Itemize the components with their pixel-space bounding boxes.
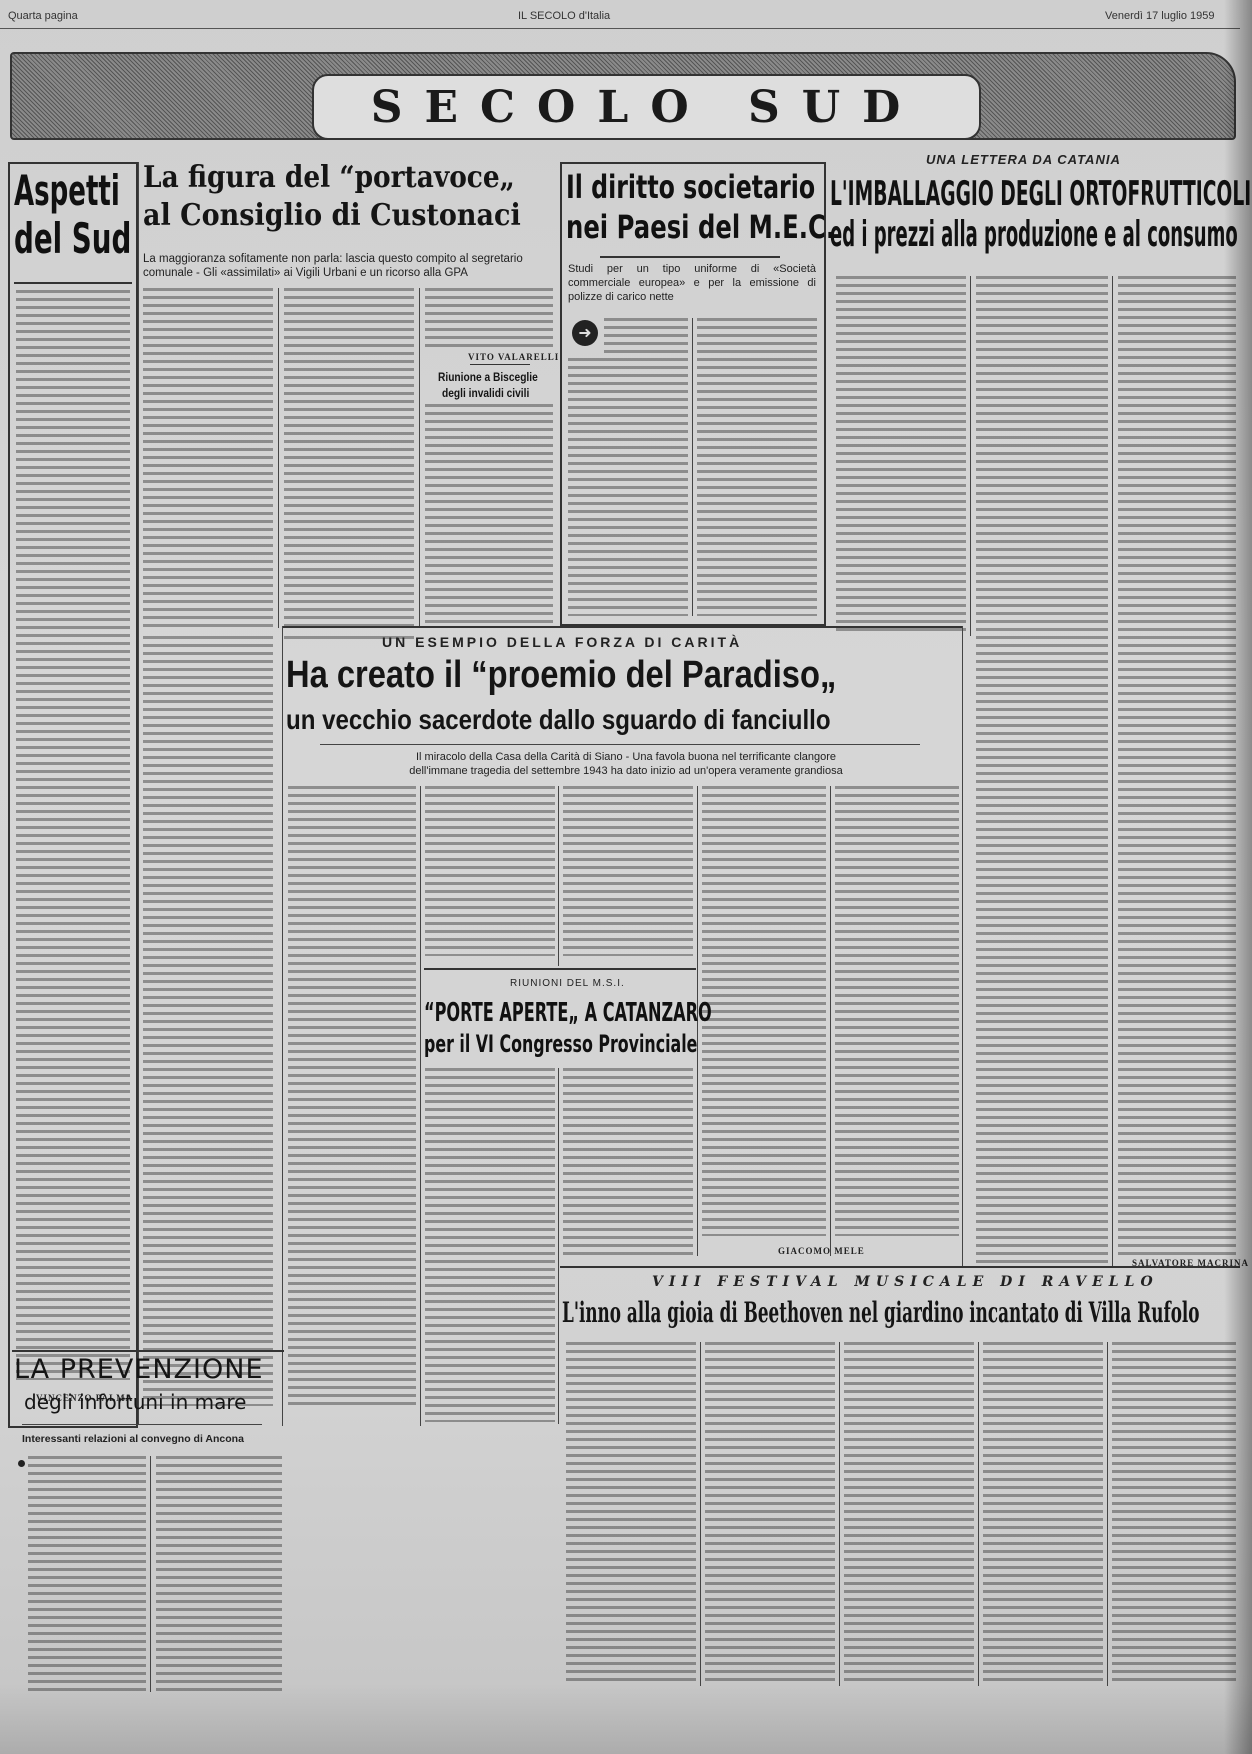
prevenzione-title-line1: LA PREVENZIONE (14, 1354, 264, 1385)
portavoce-title-line2: al Consiglio di Custonaci (143, 198, 521, 233)
mec-body-col1 (568, 358, 688, 616)
catanzaro-body-col2 (563, 1068, 693, 1258)
aspetti-title-line2: del Sud (14, 214, 131, 263)
divider (320, 744, 920, 745)
column-rule (278, 288, 279, 628)
aspetti-body (16, 290, 130, 1380)
newspaper-page: Quarta pagina IL SECOLO d'Italia Venerdì… (0, 0, 1252, 1754)
catanzaro-kicker: RIUNIONI DEL M.S.I. (510, 978, 625, 989)
column-rule (558, 1068, 559, 1424)
portavoce-body-col3 (425, 288, 553, 348)
mec-title-line2: nei Paesi del M.E.C. (566, 208, 835, 246)
column-rule (282, 626, 283, 1426)
paradiso-title-line1: Ha creato il “proemio del Paradiso„ (286, 654, 836, 697)
mec-body-col1-top (604, 318, 688, 356)
portavoce-body-col1 (143, 288, 273, 628)
paradiso-body-col3 (563, 786, 693, 956)
page-bottom-shadow (0, 1684, 1252, 1754)
paradiso-body-col1 (288, 786, 416, 1406)
column-rule (839, 1342, 840, 1686)
paradiso-deck-line1: Il miracolo della Casa della Carità di S… (316, 750, 936, 764)
prevenzione-title-line2: degli infortuni in mare (24, 1390, 246, 1414)
bisceglie-title-line1: Riunione a Bisceglie (438, 370, 538, 384)
paradiso-top-rule (282, 626, 962, 628)
bisceglie-body (425, 404, 553, 628)
folio-rule (0, 28, 1240, 29)
ravello-body-col3 (844, 1342, 974, 1686)
divider (470, 364, 530, 365)
ravello-body-col5 (1112, 1342, 1236, 1686)
mec-title-line1: Il diritto societario (566, 168, 815, 206)
paradiso-body-col2 (425, 786, 555, 956)
mec-deck: Studi per un tipo uniforme di «Società c… (568, 262, 816, 304)
ortofrutticoli-body-col2 (976, 276, 1108, 1266)
paradiso-byline: GIACOMO MELE (778, 1246, 865, 1256)
portavoce-body-col1-cont (143, 636, 273, 1406)
paradiso-kicker: UN ESEMPIO DELLA FORZA DI CARITÀ (382, 634, 742, 650)
paradiso-deck-line2: dell'immane tragedia del settembre 1943 … (316, 764, 936, 778)
column-rule (830, 786, 831, 1256)
ortofrutticoli-kicker: UNA LETTERA DA CATANIA (926, 152, 1121, 167)
ravello-title: L'inno alla gioia di Beethoven nel giard… (562, 1296, 1199, 1329)
paradiso-body-col5 (835, 786, 959, 1236)
arrow-right-icon: ➜ (572, 320, 598, 346)
column-rule (558, 786, 559, 966)
column-rule (420, 786, 421, 1426)
folio-page-label: Quarta pagina (8, 10, 78, 22)
column-rule (700, 1342, 701, 1686)
ravello-top-rule (560, 1266, 1240, 1268)
paradiso-title-line2: un vecchio sacerdote dallo sguardo di fa… (286, 704, 831, 736)
masthead-title: SECOLO SUD (312, 74, 981, 140)
ravello-body-col4 (983, 1342, 1103, 1686)
column-rule (419, 288, 420, 628)
aspetti-title-line1: Aspetti (14, 166, 120, 215)
divider (600, 256, 780, 258)
ortofrutticoli-title-line1: L'IMBALLAGGIO DEGLI ORTOFRUTTICOLI (830, 174, 1251, 214)
column-rule (978, 1342, 979, 1686)
ravello-body-col1 (566, 1342, 696, 1686)
catanzaro-body-col1 (425, 1068, 555, 1422)
bullet-icon (18, 1460, 25, 1467)
column-rule (1112, 276, 1113, 1266)
column-rule (692, 318, 693, 616)
portavoce-deck: La maggioranza sofitamente non parla: la… (143, 252, 553, 280)
ravello-kicker: VIII FESTIVAL MUSICALE DI RAVELLO (652, 1274, 1159, 1290)
folio-paper-name: IL SECOLO d'Italia (518, 10, 610, 22)
portavoce-byline: VITO VALARELLI (468, 352, 559, 362)
catanzaro-title-line1: “PORTE APERTE„ A CATANZARO (424, 998, 712, 1028)
folio-date: Venerdì 17 luglio 1959 (1105, 10, 1214, 22)
column-rule (1107, 1342, 1108, 1686)
page-edge-shadow (1224, 0, 1252, 1754)
prevenzione-deck: Interessanti relazioni al convegno di An… (22, 1432, 244, 1446)
portavoce-title-line1: La figura del “portavoce„ (143, 160, 515, 195)
catanzaro-top-rule (424, 968, 696, 970)
paradiso-body-col4 (702, 786, 826, 1236)
prevenzione-top-rule (12, 1350, 284, 1352)
divider (22, 1424, 262, 1425)
ravello-body-col2 (705, 1342, 835, 1686)
aspetti-rule (14, 282, 132, 284)
ortofrutticoli-body-col3 (1118, 276, 1236, 1256)
column-rule (138, 162, 139, 1424)
mec-body-col2 (697, 318, 817, 616)
column-rule (150, 1456, 151, 1692)
column-rule (962, 626, 963, 1266)
ortofrutticoli-title-line2: ed i prezzi alla produzione e al consumo (830, 214, 1238, 255)
catanzaro-title-line2: per il VI Congresso Provinciale (424, 1030, 697, 1058)
prevenzione-body-col1 (28, 1456, 146, 1692)
ortofrutticoli-body-col1 (836, 276, 966, 636)
section-masthead: SECOLO SUD (10, 52, 1236, 140)
prevenzione-body-col2 (156, 1456, 282, 1692)
portavoce-body-col2 (284, 288, 414, 628)
column-rule (970, 276, 971, 636)
bisceglie-title-line2: degli invalidi civili (442, 386, 529, 400)
